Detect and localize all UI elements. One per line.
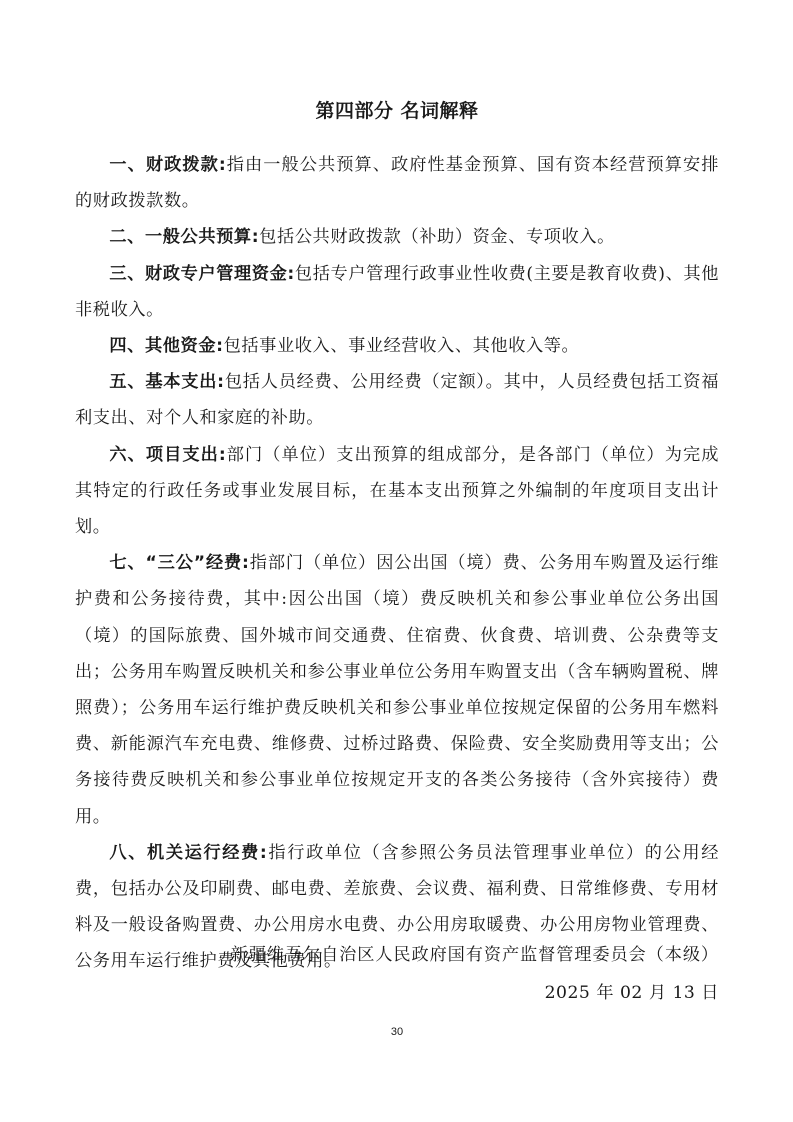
definition-text: 包括事业收入、事业经营收入、其他收入等。 (224, 336, 580, 356)
definition-item: 六、项目支出:部门（单位）支出预算的组成部分，是各部门（单位）为完成其特定的行政… (75, 437, 719, 546)
definition-item: 四、其他资金:包括事业收入、事业经营收入、其他收入等。 (75, 328, 719, 364)
page-number: 30 (75, 1026, 719, 1038)
definition-item: 五、基本支出:包括人员经费、公用经费（定额）。其中，人员经费包括工资福利支出、对… (75, 364, 719, 436)
definition-term: 六、项目支出: (109, 445, 226, 465)
definition-item: 一、财政拨款:指由一般公共预算、政府性基金预算、国有资本经营预算安排的财政拨款数… (75, 147, 719, 219)
definitions-body: 一、财政拨款:指由一般公共预算、政府性基金预算、国有资本经营预算安排的财政拨款数… (75, 147, 719, 980)
definition-item: 七、“三公”经费:指部门（单位）因公出国（境）费、公务用车购置及运行维护费和公务… (75, 545, 719, 835)
definition-term: 八、机关运行经费: (109, 843, 267, 863)
definition-text: 指部门（单位）因公出国（境）费、公务用车购置及运行维护费和公务接待费，其中:因公… (75, 553, 719, 826)
definition-term: 三、财政专户管理资金: (109, 264, 295, 284)
definition-term: 五、基本支出: (109, 372, 224, 392)
page-title: 第四部分 名词解释 (75, 96, 719, 123)
definition-term: 七、“三公”经费: (109, 553, 249, 573)
signature-date: 2025 年 02 月 13 日 (545, 978, 719, 1003)
definition-item: 三、财政专户管理资金:包括专户管理行政事业性收费(主要是教育收费)、其他非税收入… (75, 256, 719, 328)
definition-term: 二、一般公共预算: (109, 227, 259, 247)
definition-term: 一、财政拨款: (109, 155, 226, 175)
definition-text: 包括公共财政拨款（补助）资金、专项收入。 (259, 227, 615, 247)
signature-organization: 新疆维吾尔自治区人民政府国有资产监督管理委员会（本级） (231, 940, 719, 965)
definition-term: 四、其他资金: (109, 336, 223, 356)
definition-item: 二、一般公共预算:包括公共财政拨款（补助）资金、专项收入。 (75, 219, 719, 255)
